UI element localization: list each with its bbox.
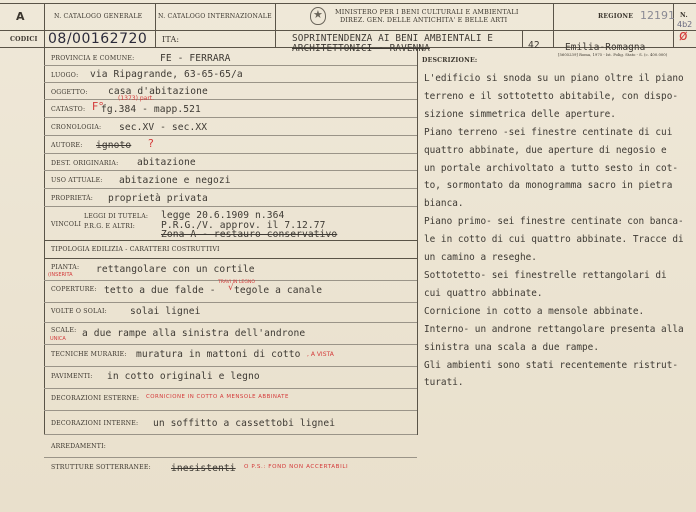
pianta-label: PIANTA:: [51, 264, 79, 271]
row-rule: [44, 457, 417, 458]
dest-originaria-value: abitazione: [137, 157, 196, 168]
provincia-value: FE - FERRARA: [160, 53, 231, 64]
descrizione-line: sinistra una scala a due rampe.: [424, 339, 696, 357]
tecniche-value: muratura in mattoni di cotto: [136, 349, 301, 360]
row-rule: [44, 366, 417, 367]
top-rule: [0, 3, 696, 4]
row-rule: [44, 434, 417, 435]
descrizione-line: L'edificio si snoda su un piano oltre il…: [424, 70, 696, 88]
row-rule: [44, 388, 417, 389]
descrizione-line: sizione simmetrica delle aperture.: [424, 106, 696, 124]
catasto-label: CATASTO:: [51, 106, 85, 113]
leggi-tutela-label: LEGGI DI TUTELA:: [84, 213, 148, 220]
descrizione-line: to, sormontato da monogramma sacro in pi…: [424, 177, 696, 195]
pavimenti-value: in cotto originali e legno: [107, 371, 260, 382]
row-rule: [44, 206, 417, 207]
catalogo-generale-value: 08/00162720: [48, 31, 147, 47]
tecniche-annotation: , A VISTA: [307, 351, 334, 358]
left-margin-rule: [44, 3, 45, 435]
decorazioni-esterne-label: DECORAZIONI ESTERNE:: [51, 395, 139, 402]
descrizione-divider: [417, 47, 418, 435]
prg-value2: Zona A - restauro conservativo: [161, 229, 337, 240]
codes-number: 42: [528, 40, 540, 51]
cronologia-value: sec.XV - sec.XX: [119, 122, 207, 133]
descrizione-line: Piano terreno -sei finestre centinate di…: [424, 124, 696, 142]
descrizione-line: turati.: [424, 374, 696, 392]
descrizione-text: L'edificio si snoda su un piano oltre il…: [424, 70, 696, 392]
row-rule: [44, 117, 417, 118]
pianta-value: rettangolare con un cortile: [96, 264, 255, 275]
n-label: N.: [680, 12, 688, 19]
row-rule: [44, 153, 417, 154]
strutture-annotation: O P.S.: FOND NON ACCERTABILI: [244, 464, 348, 470]
descrizione-line: Cornicione in cotto a mensole abbinate.: [424, 303, 696, 321]
descrizione-label: DESCRIZIONE:: [422, 57, 477, 64]
ministry-line1: MINISTERO PER I BENI CULTURALI E AMBIENT…: [335, 8, 519, 16]
row-rule: [44, 344, 417, 345]
ministry-line2: DIREZ. GEN. DELLE ANTICHITA' E BELLE ART…: [340, 16, 507, 24]
codici-label: CODICI: [10, 36, 38, 43]
col-divider-3: [522, 30, 523, 47]
prg-label: P.R.G. E ALTRI:: [84, 223, 135, 230]
decorazioni-interne-value: un soffitto a cassettobi lignei: [153, 418, 335, 429]
descrizione-line: un camino a reseghe.: [424, 249, 696, 267]
volte-value: solai lignei: [130, 306, 201, 317]
descrizione-line: un portale archivoltato a tutto sesto in…: [424, 160, 696, 178]
catalog-card: A N. CATALOGO GENERALE N. CATALOGO INTER…: [0, 0, 696, 512]
cronologia-label: CRONOLOGIA:: [51, 124, 101, 131]
col-divider-4: [553, 30, 554, 47]
decorazioni-interne-label: DECORAZIONI INTERNE:: [51, 420, 138, 427]
row-rule: [44, 302, 417, 303]
volte-label: VOLTE o SOLAI:: [51, 308, 107, 315]
descrizione-line: quattro abbinate, due aperture di negosi…: [424, 142, 696, 160]
n-catalogo-generale-label: N. CATALOGO GENERALE: [54, 13, 142, 20]
uso-attuale-label: USO ATTUALE:: [51, 177, 103, 184]
autore-label: AUTORE:: [51, 142, 83, 149]
ita-label: ITA:: [162, 35, 179, 44]
row-rule: [44, 170, 417, 171]
scale-annotation: UNICA: [50, 336, 66, 342]
pavimenti-label: PAVIMENTI:: [51, 373, 93, 380]
luogo-label: LUOGO:: [51, 72, 78, 79]
row-rule: [44, 322, 417, 323]
descrizione-line: bianca.: [424, 195, 696, 213]
catasto-annotation-above: (1373) part.: [118, 95, 154, 102]
decorazioni-esterne-annotation: CORNICIONE IN COTTO A MENSOLE ABBINATE: [146, 394, 289, 400]
descrizione-line: Gli ambienti sono stati recentemente ris…: [424, 357, 696, 375]
scale-value: a due rampe alla sinistra dell'androne: [82, 328, 305, 339]
insertion-mark: √: [228, 283, 234, 293]
row-rule: [44, 410, 417, 411]
uso-attuale-value: abitazione e negozi: [119, 175, 231, 186]
col-divider-4b: [553, 3, 554, 30]
print-note: [5605239] Roma, 1975 - Ist. Polig. Stato…: [558, 52, 667, 57]
coperture-value-a: tetto a due falde -: [104, 285, 216, 296]
pianta-annotation: (INSERITA: [48, 272, 73, 278]
autore-annotation: ?: [148, 137, 154, 150]
regione-handwritten: 12191: [640, 9, 675, 22]
row-rule: [44, 258, 417, 259]
tipologia-header: TIPOLOGIA EDILIZIA - CARATTERI COSTRUTTI…: [51, 246, 220, 253]
descrizione-line: le in cotto di cui quattro abbinate. Tra…: [424, 231, 696, 249]
row-rule: [44, 240, 417, 241]
descrizione-line: Sottotetto- sei finestrelle rettangolari…: [424, 267, 696, 285]
republic-emblem-icon: [310, 7, 326, 25]
tecniche-label: TECNICHE MURARIE:: [51, 351, 127, 358]
col-divider-2: [275, 3, 276, 47]
descrizione-line: Piano primo- sei finestre centinate con …: [424, 213, 696, 231]
descrizione-line: terreno e il sottotetto abitabile, con d…: [424, 88, 696, 106]
soprintendenza-line2: ARCHITETTONICI - RAVENNA: [292, 43, 430, 54]
autore-value: ignoto: [96, 140, 131, 151]
descrizione-line: Interno- un androne rettangolare present…: [424, 321, 696, 339]
proprieta-label: PROPRIETÀ:: [51, 195, 93, 202]
scale-label: SCALE:: [51, 327, 76, 334]
oggetto-label: OGGETTO:: [51, 89, 88, 96]
arredamenti-label: ARREDAMENTI:: [51, 443, 106, 450]
catasto-value: fg.384 - mapp.521: [101, 104, 201, 115]
coperture-value-b: tegole a canale: [234, 285, 322, 296]
row-rule: [44, 65, 417, 66]
strutture-label: STRUTTURE SOTTERRANEE:: [51, 464, 151, 471]
row-rule: [44, 135, 417, 136]
strutture-value: inesistenti: [171, 463, 236, 474]
coperture-label: COPERTURE:: [51, 286, 97, 293]
regione-label: REGIONE: [598, 13, 633, 20]
provincia-label: PROVINCIA E COMUNE:: [51, 55, 134, 62]
n-mark: ø: [679, 28, 688, 44]
section-letter: A: [16, 10, 25, 23]
n-catalogo-internazionale-label: N. CATALOGO INTERNAZIONALE: [158, 13, 272, 20]
dest-originaria-label: DEST. ORIGINARIA:: [51, 160, 118, 167]
proprieta-value: proprietà privata: [108, 193, 208, 204]
row-rule: [44, 188, 417, 189]
col-divider-1: [155, 3, 156, 47]
descrizione-line: cui quattro abbinate.: [424, 285, 696, 303]
luogo-value: via Ripagrande, 63-65-65/a: [90, 69, 243, 80]
vincoli-label: VINCOLI: [51, 221, 81, 228]
row-rule: [44, 82, 417, 83]
